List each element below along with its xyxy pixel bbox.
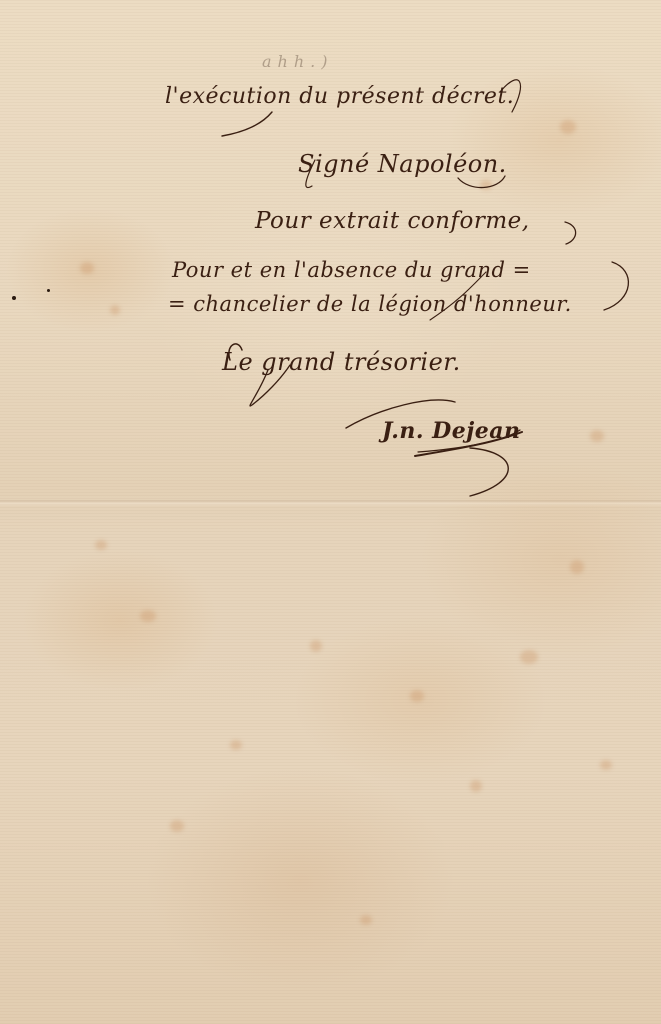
foxing-spot [570, 560, 584, 574]
signature-dejean: J.n. Dejean [382, 418, 520, 444]
foxing-spot [470, 780, 482, 792]
foxing-spot [95, 540, 107, 550]
foxing-spot [360, 915, 372, 925]
faint-header-mark: ahh.) [262, 52, 333, 71]
text-line-chancellor-legion: = chancelier de la légion d'honneur. [168, 292, 572, 316]
foxing-spot [310, 640, 322, 652]
foxing-spot [600, 760, 612, 770]
foxing-spot [110, 305, 120, 315]
paper-fold-line [0, 500, 661, 506]
text-line-execution: l'exécution du présent décret. [165, 84, 514, 109]
text-line-absence-grand: Pour et en l'absence du grand = [172, 258, 531, 282]
foxing-spot [140, 610, 156, 622]
ink-dot [12, 296, 16, 300]
foxing-spot [520, 650, 538, 664]
foxing-spot [480, 180, 492, 190]
text-line-signed-napoleon: Signé Napoléon. [298, 150, 507, 178]
ink-dot [47, 289, 50, 292]
foxing-spot [590, 430, 604, 442]
foxing-spot [170, 820, 184, 832]
text-line-grand-treasurer: Le grand trésorier. [222, 348, 461, 376]
foxing-spot [80, 262, 94, 274]
foxing-spot [560, 120, 576, 134]
text-line-extract-conform: Pour extrait conforme, [255, 208, 530, 234]
foxing-spot [230, 740, 242, 750]
foxing-spot [410, 690, 424, 702]
document-page: ahh.) l'exécution du présent décret. Sig… [0, 0, 661, 1024]
